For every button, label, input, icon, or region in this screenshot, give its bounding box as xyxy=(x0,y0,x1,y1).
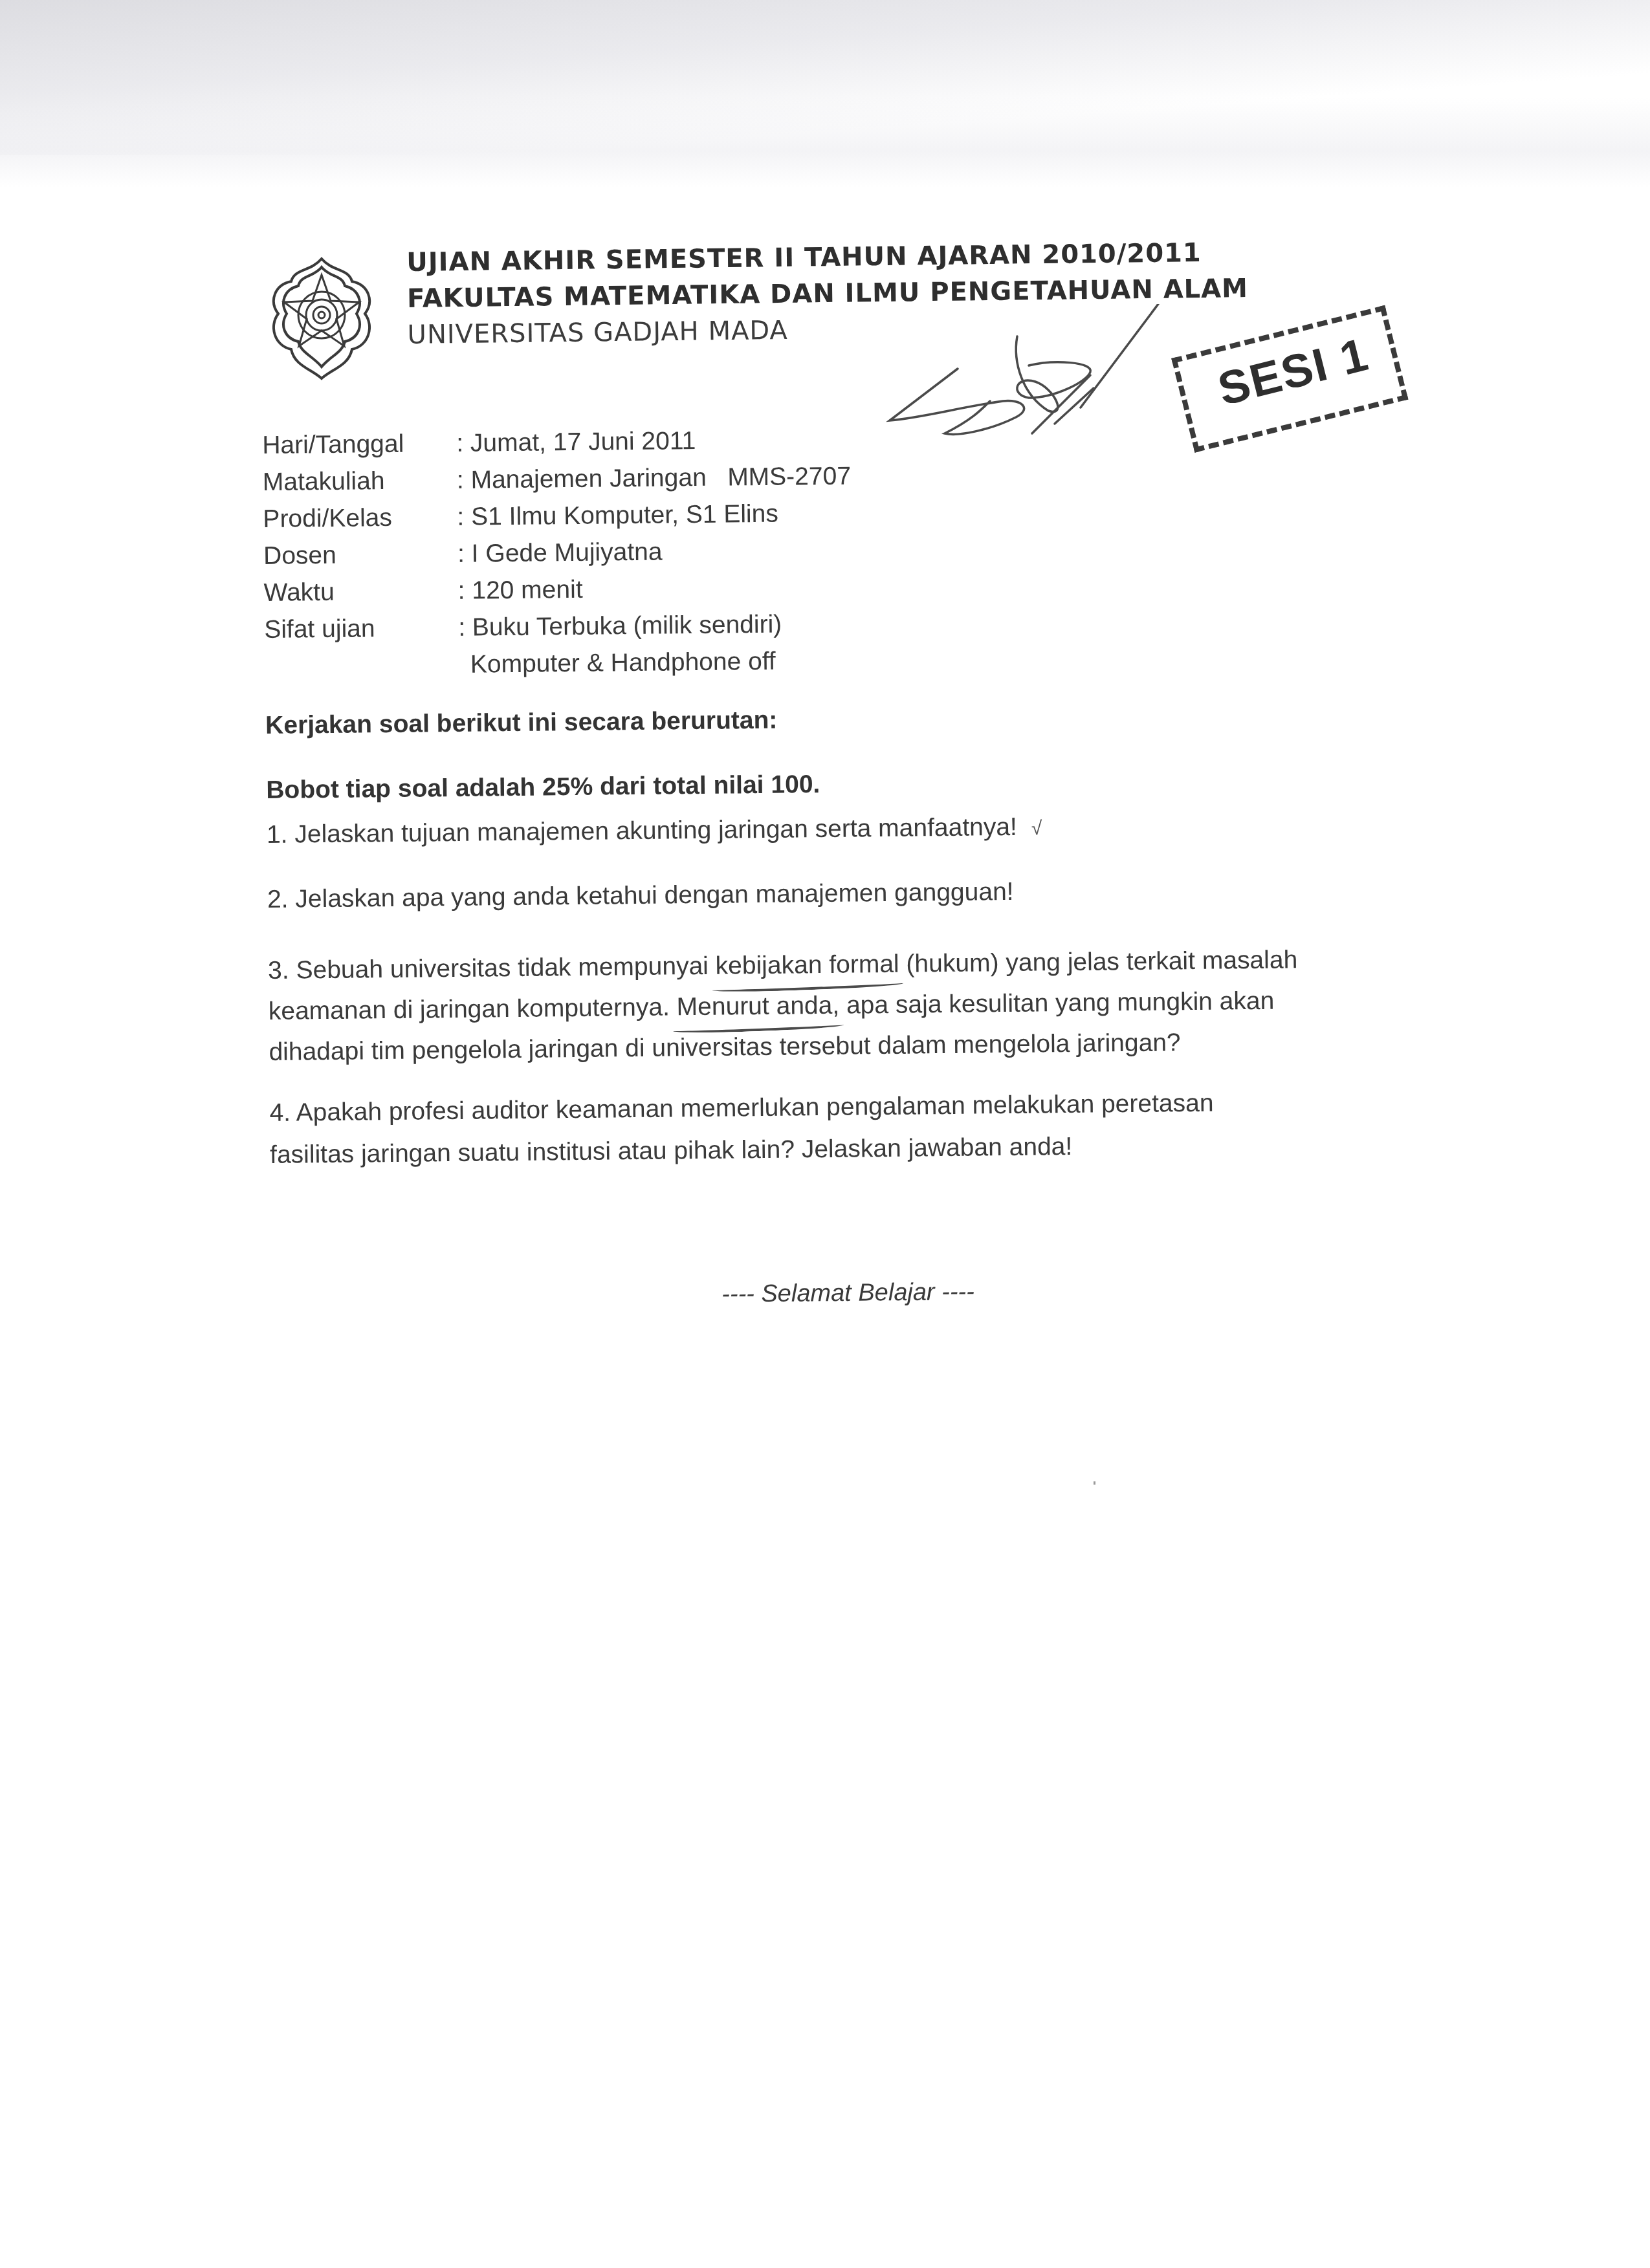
info-label: Waktu xyxy=(263,572,458,611)
info-label: Hari/Tanggal xyxy=(262,425,457,464)
university-seal-icon xyxy=(265,256,379,382)
instruction-text: Kerjakan soal berikut ini secara berurut… xyxy=(265,706,778,740)
handwritten-signature-icon xyxy=(861,304,1184,453)
info-value: : S1 Ilmu Komputer, S1 Elins xyxy=(457,496,778,536)
info-row-continuation: Komputer & Handphone off xyxy=(265,642,853,685)
question-text: 3. Sebuah universitas tidak mempunyai xyxy=(268,952,716,985)
question-text: keamanan di jaringan komputernya. xyxy=(269,993,677,1025)
handwritten-underline: Menurut anda, xyxy=(676,986,839,1027)
question-text: 1. Jelaskan tujuan manajemen akunting ja… xyxy=(267,813,1017,849)
handwritten-underline: kebijakan formal xyxy=(715,944,899,986)
info-value: : 120 menit xyxy=(457,571,583,609)
info-label: Sifat ujian xyxy=(264,609,459,648)
info-value: : Jumat, 17 Juni 2011 xyxy=(456,422,696,462)
info-row-course: Matakuliah : Manajemen Jaringan MMS-2707 xyxy=(263,457,852,501)
info-label: Matakuliah xyxy=(263,462,457,501)
info-value: : I Gede Mujiyatna xyxy=(457,534,663,572)
info-value: : Manajemen Jaringan MMS-2707 xyxy=(457,457,852,498)
question-text: 2. Jelaskan apa yang anda ketahui dengan… xyxy=(267,878,1014,913)
exam-sheet: UJIAN AKHIR SEMESTER II TAHUN AJARAN 201… xyxy=(0,0,1650,2268)
question-3: 3. Sebuah universitas tidak mempunyai ke… xyxy=(268,940,1299,1072)
info-row-duration: Waktu : 120 menit xyxy=(263,568,852,611)
question-text: apa saja kesulitan yang mungkin akan xyxy=(839,987,1275,1020)
info-row-date: Hari/Tanggal : Jumat, 17 Juni 2011 xyxy=(262,420,851,464)
info-label: Dosen xyxy=(263,536,458,574)
question-text: (hukum) yang jelas terkait masalah xyxy=(899,946,1297,977)
weight-note: Bobot tiap soal adalah 25% dari total ni… xyxy=(266,770,820,805)
question-line: 4. Apakah profesi auditor keamanan memer… xyxy=(269,1084,1214,1133)
scan-speck xyxy=(1094,1481,1095,1485)
info-value: Komputer & Handphone off xyxy=(470,643,776,683)
question-1: 1. Jelaskan tujuan manajemen akunting ja… xyxy=(267,807,1042,856)
check-mark-icon: √ xyxy=(1031,818,1042,839)
closing-text: ---- Selamat Belajar ---- xyxy=(721,1278,974,1309)
info-label: Prodi/Kelas xyxy=(263,499,457,538)
exam-info-table: Hari/Tanggal : Jumat, 17 Juni 2011 Matak… xyxy=(262,420,853,684)
exam-body: Kerjakan soal berikut ini secara berurut… xyxy=(265,699,1495,712)
info-row-program: Prodi/Kelas : S1 Ilmu Komputer, S1 Elins xyxy=(263,494,852,538)
question-line: fasilitas jaringan suatu institusi atau … xyxy=(270,1126,1215,1175)
info-row-lecturer: Dosen : I Gede Mujiyatna xyxy=(263,531,852,574)
question-4: 4. Apakah profesi auditor keamanan memer… xyxy=(269,1084,1214,1175)
info-row-exam-type: Sifat ujian : Buku Terbuka (milik sendir… xyxy=(264,605,853,648)
info-value: : Buku Terbuka (milik sendiri) xyxy=(458,606,782,646)
question-2: 2. Jelaskan apa yang anda ketahui dengan… xyxy=(267,872,1014,919)
